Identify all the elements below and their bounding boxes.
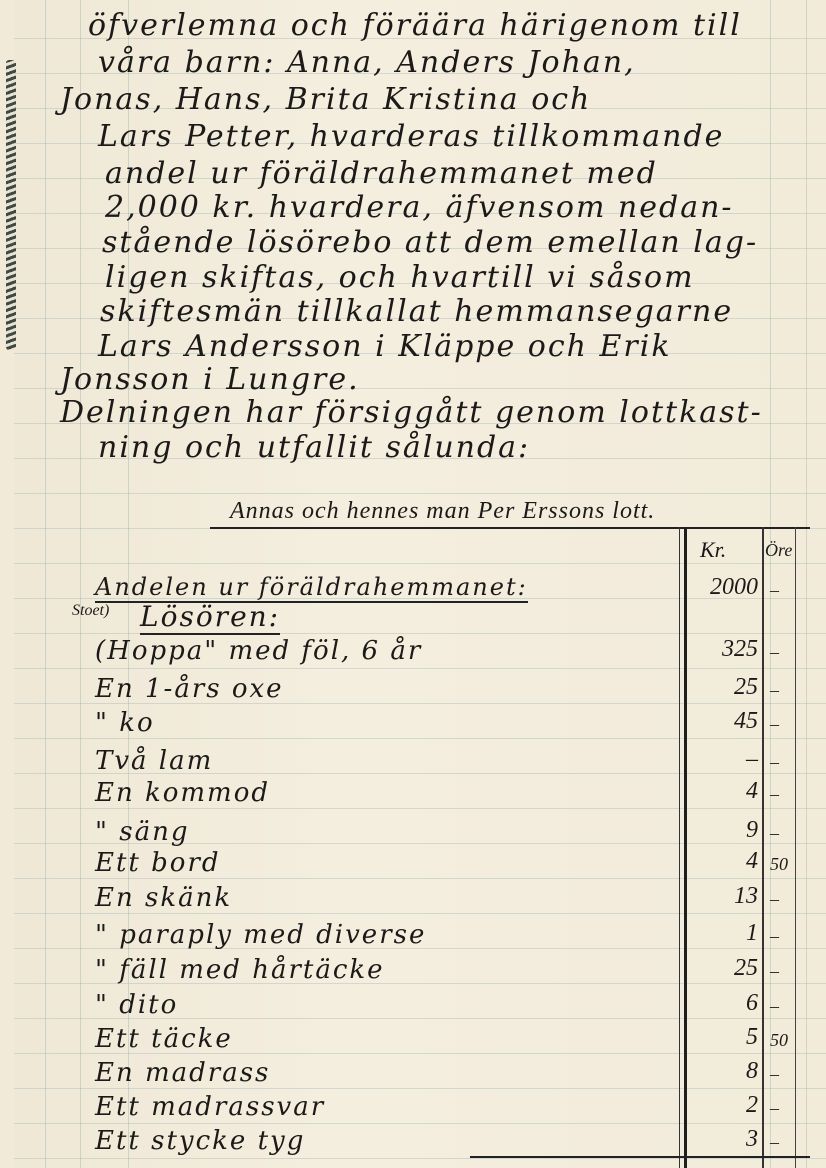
- item-label: Två lam: [95, 746, 213, 776]
- table-row: En skänk13–: [0, 883, 826, 917]
- table-row: Ett stycke tyg3–: [0, 1126, 826, 1160]
- item-kr: 5: [746, 1024, 758, 1051]
- column-header-kr: Kr.: [700, 537, 726, 563]
- item-kr: 4: [746, 778, 758, 805]
- item-label: En 1-års oxe: [95, 674, 284, 704]
- share-ore: –: [770, 580, 779, 601]
- margin-note: Stoet): [72, 602, 109, 620]
- heading-underline: [210, 527, 810, 529]
- item-ore: –: [770, 1098, 779, 1119]
- table-row: " säng9–: [0, 817, 826, 851]
- item-kr: 13: [734, 883, 758, 910]
- sum-rule: [470, 1156, 810, 1158]
- table-row: En kommod4–: [0, 778, 826, 812]
- item-ore: –: [770, 642, 779, 663]
- item-label: Ett stycke tyg: [95, 1126, 305, 1156]
- item-label: " ko: [95, 708, 155, 738]
- table-row: En 1-års oxe25–: [0, 674, 826, 708]
- table-row: Ett madrassvar2–: [0, 1092, 826, 1126]
- column-header-ore: Öre: [765, 540, 792, 561]
- text-line: skiftesmän tillkallat hemmansegarne: [100, 294, 733, 329]
- item-ore: –: [770, 889, 779, 910]
- item-label: " fäll med hårtäcke: [95, 955, 385, 985]
- table-row: (Hoppa" med föl, 6 år325–: [0, 636, 826, 670]
- item-label: En kommod: [95, 778, 270, 808]
- lot-heading: Annas och hennes man Per Erssons lott.: [230, 498, 655, 525]
- item-ore: –: [770, 1132, 779, 1153]
- item-ore: –: [770, 823, 779, 844]
- item-ore: –: [770, 784, 779, 805]
- table-row: " fäll med hårtäcke25–: [0, 955, 826, 989]
- item-kr: 25: [734, 674, 758, 701]
- share-label: Andelen ur föräldrahemmanet:: [95, 573, 528, 603]
- item-label: Ett bord: [95, 848, 221, 878]
- ruling-line: [14, 493, 826, 494]
- item-kr: 4: [746, 848, 758, 875]
- item-label: Ett täcke: [95, 1024, 233, 1054]
- item-label: " paraply med diverse: [95, 920, 426, 950]
- share-kr: 2000: [710, 574, 758, 601]
- table-row: En madrass8–: [0, 1058, 826, 1092]
- table-row: Ett bord450: [0, 848, 826, 882]
- text-line: Lars Andersson i Kläppe och Erik: [98, 329, 672, 364]
- text-line: Delningen har försiggått genom lottkast-: [60, 395, 763, 430]
- text-line: öfverlemna och föräära härigenom till: [88, 8, 742, 43]
- table-row: " dito6–: [0, 990, 826, 1024]
- table-row: " ko45–: [0, 708, 826, 742]
- table-row: " paraply med diverse1–: [0, 920, 826, 954]
- item-label: (Hoppa" med föl, 6 år: [95, 636, 422, 666]
- item-ore: –: [770, 680, 779, 701]
- text-line: ning och utfallit sålunda:: [98, 430, 530, 465]
- item-ore: 50: [770, 854, 788, 875]
- table-row: Ett täcke550: [0, 1024, 826, 1058]
- section-title: Lösören:: [140, 600, 280, 635]
- ruling-line: [14, 563, 826, 564]
- item-label: En skänk: [95, 883, 232, 913]
- item-kr: 9: [746, 817, 758, 844]
- item-kr: 25: [734, 955, 758, 982]
- item-label: Ett madrassvar: [95, 1092, 325, 1122]
- table-row: Två lam––: [0, 746, 826, 780]
- text-line: Lars Petter, hvarderas tillkommande: [98, 119, 724, 154]
- text-line: andel ur föräldrahemmanet med: [105, 156, 658, 191]
- item-kr: 6: [746, 990, 758, 1017]
- item-label: " säng: [95, 817, 189, 847]
- text-line: ligen skiftas, och hvartill vi såsom: [105, 260, 695, 295]
- text-line: Jonsson i Lungre.: [60, 362, 360, 397]
- item-ore: –: [770, 752, 779, 773]
- item-ore: –: [770, 1064, 779, 1085]
- item-kr: 2: [746, 1092, 758, 1119]
- item-kr: 325: [722, 636, 758, 663]
- text-line: våra barn: Anna, Anders Johan,: [98, 45, 636, 80]
- item-ore: –: [770, 926, 779, 947]
- item-ore: –: [770, 961, 779, 982]
- binding-cord: [6, 60, 16, 350]
- item-kr: 8: [746, 1058, 758, 1085]
- item-label: " dito: [95, 990, 178, 1020]
- item-label: En madrass: [95, 1058, 270, 1088]
- item-ore: 50: [770, 1030, 788, 1051]
- item-ore: –: [770, 996, 779, 1017]
- item-kr: 3: [746, 1126, 758, 1153]
- item-kr: 1: [746, 920, 758, 947]
- item-ore: –: [770, 714, 779, 735]
- text-line: 2,000 kr. hvardera, äfvensom nedan-: [105, 190, 734, 225]
- text-line: Jonas, Hans, Brita Kristina och: [60, 82, 591, 117]
- ruling-line: [14, 633, 826, 634]
- text-line: stående lösörebo att dem emellan lag-: [102, 225, 758, 260]
- item-kr: –: [746, 746, 758, 773]
- item-kr: 45: [734, 708, 758, 735]
